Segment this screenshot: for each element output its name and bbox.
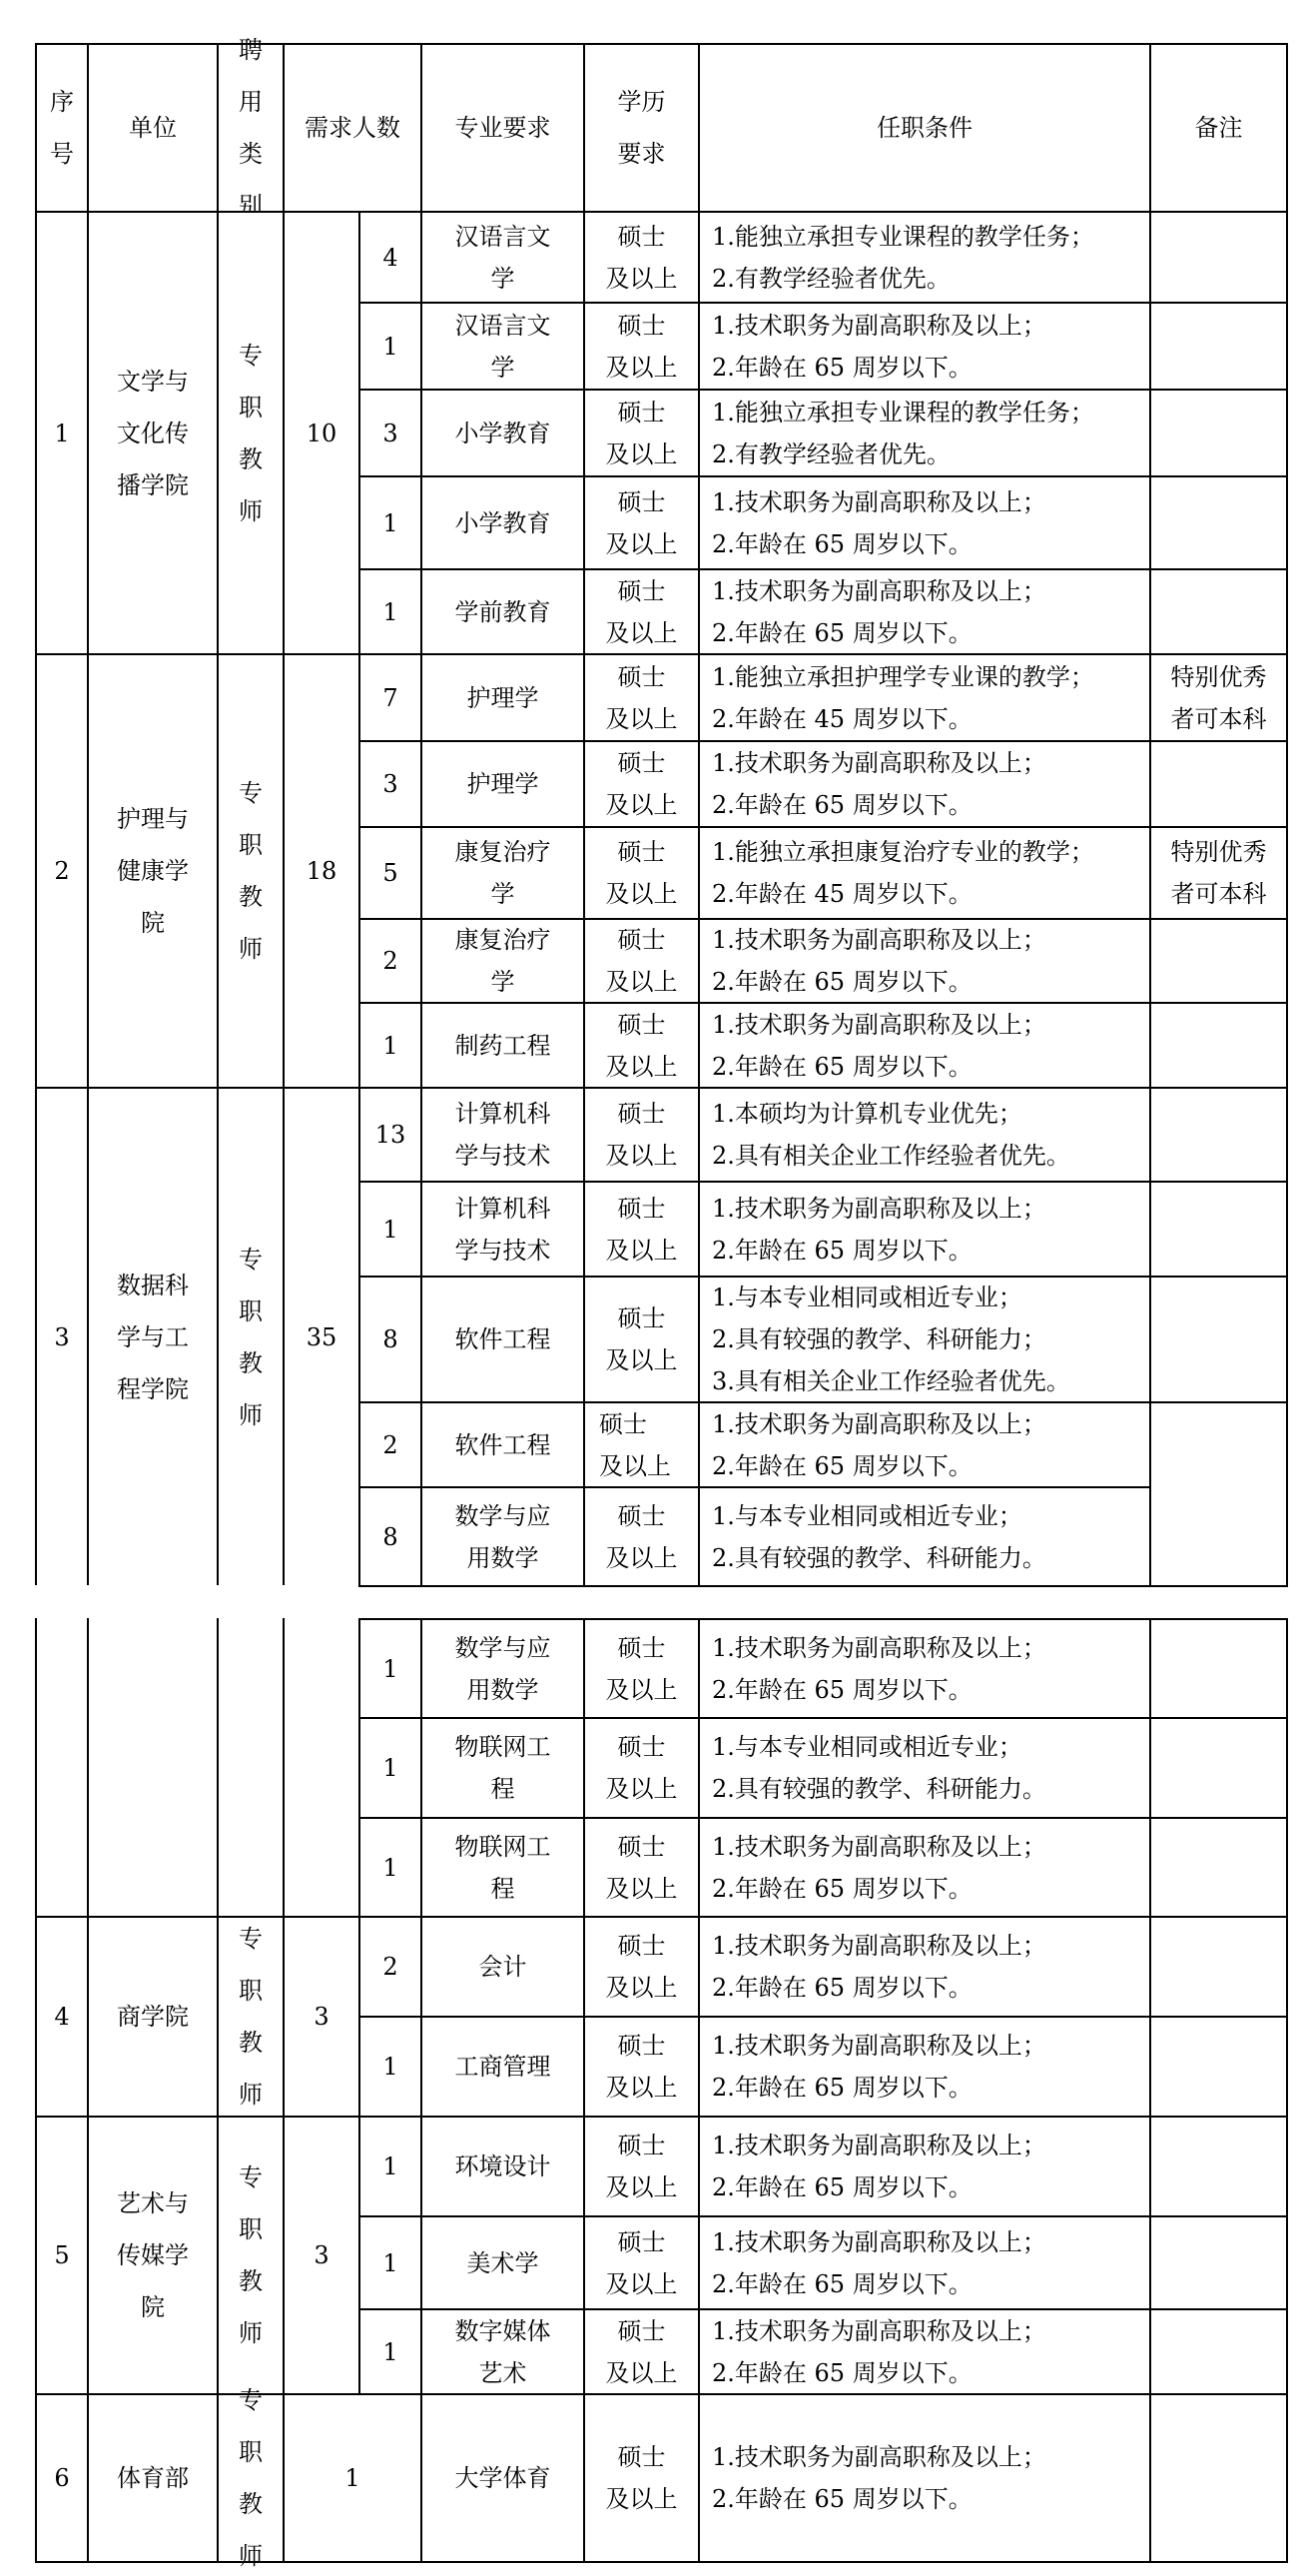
- row-count: 1: [358, 475, 422, 570]
- major-value: 汉语言文学: [447, 305, 557, 389]
- count-value: 2: [382, 1946, 397, 1988]
- header-count-label: 需求人数: [305, 107, 400, 149]
- row-major: 数学与应用数学: [420, 1486, 585, 1587]
- total-value: 3: [314, 2234, 328, 2276]
- total-value: 10: [307, 413, 337, 454]
- group-unit: 护理与健康学院: [87, 653, 219, 1089]
- count-value: 1: [382, 591, 397, 633]
- cond-value: 1.与本专业相同或相近专业； 2.具有较强的教学、科研能力。: [712, 1726, 1046, 1810]
- row-cond: 1.与本专业相同或相近专业； 2.具有较强的教学、科研能力。: [698, 1717, 1151, 1819]
- row-edu: 硕士 及以上: [583, 2016, 700, 2118]
- row-edu: 硕士 及以上: [583, 740, 700, 828]
- row-cond: 1.技术职务为副高职称及以上； 2.年龄在 65 周岁以下。: [698, 918, 1151, 1004]
- total-value: 3: [314, 1996, 328, 2038]
- major-value: 护理学: [447, 763, 557, 805]
- seq-value: 3: [54, 1316, 69, 1358]
- row-major: 计算机科学与技术: [420, 1087, 585, 1183]
- group-seq-continued: [35, 1618, 89, 1918]
- group-unit: 艺术与传媒学院: [87, 2116, 219, 2395]
- type-value: 专职教师: [238, 2151, 264, 2359]
- row-cond: 1.技术职务为副高职称及以上； 2.年龄在 65 周岁以下。: [698, 568, 1151, 655]
- group-type: 专职教师: [217, 211, 285, 655]
- row-cond: 1.能独立承担康复治疗专业的教学； 2.年龄在 45 周岁以下。: [698, 826, 1151, 920]
- cond-value: 1.能独立承担护理学专业课的教学； 2.年龄在 45 周岁以下。: [712, 656, 1094, 740]
- major-value: 康复治疗学: [447, 831, 557, 915]
- row-note: [1149, 2016, 1288, 2118]
- row-count: 1: [358, 1002, 422, 1089]
- row-count: 3: [358, 389, 422, 477]
- row-cond: 1.能独立承担专业课程的教学任务； 2.有教学经验者优先。: [698, 211, 1151, 304]
- cond-value: 1.能独立承担康复治疗专业的教学； 2.年龄在 45 周岁以下。: [712, 831, 1094, 915]
- row-cond: 1.技术职务为副高职称及以上； 2.年龄在 65 周岁以下。: [698, 2393, 1151, 2563]
- row-count: 2: [358, 1401, 422, 1488]
- row-edu: 硕士 及以上: [583, 1276, 700, 1403]
- unit-value: 护理与健康学院: [116, 793, 190, 949]
- cond-value: 1.技术职务为副高职称及以上； 2.年龄在 65 周岁以下。: [712, 919, 1046, 1003]
- cond-value: 1.技术职务为副高职称及以上； 2.年龄在 65 周岁以下。: [712, 2310, 1046, 2394]
- edu-value: 硕士 及以上: [606, 742, 678, 826]
- row-count: 8: [358, 1276, 422, 1403]
- major-value: 小学教育: [447, 502, 557, 544]
- header-cond: 任职条件: [698, 43, 1151, 213]
- group-type: 专职教师: [217, 1916, 285, 2118]
- row-count: 2: [358, 1916, 422, 2018]
- row-edu: 硕士 及以上: [583, 302, 700, 391]
- row-major: 汉语言文学: [420, 211, 585, 304]
- edu-value: 硕士 及以上: [606, 2310, 678, 2394]
- group-seq: 1: [35, 211, 89, 655]
- row-note: [1149, 740, 1288, 828]
- row-cond: 1.技术职务为副高职称及以上； 2.年龄在 65 周岁以下。: [698, 475, 1151, 570]
- row-major: 护理学: [420, 653, 585, 742]
- row-note: [1149, 2215, 1288, 2310]
- cond-value: 1.与本专业相同或相近专业； 2.具有较强的教学、科研能力； 3.具有相关企业工…: [712, 1277, 1070, 1402]
- edu-value: 硕士 及以上: [606, 1004, 678, 1088]
- edu-value: 硕士 及以上: [606, 1297, 678, 1381]
- unit-value: 商学院: [116, 1991, 190, 2043]
- edu-value: 硕士 及以上: [606, 919, 678, 1003]
- row-note: 特别优秀者可本科: [1149, 826, 1288, 920]
- edu-value: 硕士 及以上: [606, 392, 678, 475]
- group-type: 专职教师: [217, 1087, 285, 1585]
- row-note: [1149, 2116, 1288, 2217]
- row-count: 1: [283, 2393, 422, 2563]
- count-value: 4: [382, 237, 397, 279]
- row-count: 1: [358, 2308, 422, 2395]
- row-note: [1149, 1618, 1288, 1719]
- edu-value: 硕士 及以上: [599, 1403, 671, 1487]
- count-value: 7: [382, 677, 397, 719]
- row-count: 1: [358, 568, 422, 655]
- count-value: 2: [382, 940, 397, 982]
- unit-value: 文学与文化传播学院: [116, 356, 190, 511]
- row-count: 1: [358, 1817, 422, 1918]
- row-note: [1149, 211, 1288, 304]
- major-value: 小学教育: [447, 413, 557, 454]
- row-edu: 硕士 及以上: [583, 389, 700, 477]
- row-major: 数学与应用数学: [420, 1618, 585, 1719]
- major-value: 大学体育: [447, 2457, 557, 2499]
- row-edu: 硕士 及以上: [583, 2215, 700, 2310]
- header-major: 专业要求: [420, 43, 585, 213]
- group-unit: 数据科学与工程学院: [87, 1087, 219, 1585]
- total-value: 35: [307, 1316, 337, 1358]
- row-cond: 1.技术职务为副高职称及以上； 2.年龄在 65 周岁以下。: [698, 740, 1151, 828]
- major-value: 计算机科学与技术: [447, 1093, 557, 1177]
- row-edu: 硕士 及以上: [583, 475, 700, 570]
- row-major: 软件工程: [420, 1401, 585, 1488]
- count-value: 5: [382, 852, 397, 894]
- group-type: 专职教师: [217, 2393, 285, 2563]
- note-value: 特别优秀者可本科: [1163, 831, 1273, 915]
- group-total: 10: [283, 211, 360, 655]
- row-cond: 1.技术职务为副高职称及以上； 2.年龄在 65 周岁以下。: [698, 2116, 1151, 2217]
- row-edu: 硕士 及以上: [583, 1817, 700, 1918]
- type-value: 专职教师: [238, 767, 264, 975]
- type-value: 专职教师: [238, 1913, 264, 2121]
- header-unit-label: 单位: [129, 107, 177, 149]
- row-edu: 硕士 及以上: [583, 2116, 700, 2217]
- row-cond: 1.技术职务为副高职称及以上； 2.年龄在 65 周岁以下。: [698, 2016, 1151, 2118]
- row-edu: 硕士 及以上: [583, 1618, 700, 1719]
- major-value: 美术学: [447, 2242, 557, 2284]
- row-major: 软件工程: [420, 1276, 585, 1403]
- unit-value: 体育部: [116, 2452, 190, 2504]
- seq-value: 2: [54, 850, 69, 892]
- major-value: 工商管理: [447, 2046, 557, 2088]
- cond-value: 1.技术职务为副高职称及以上； 2.年龄在 65 周岁以下。: [712, 481, 1046, 565]
- row-count: 1: [358, 2016, 422, 2118]
- type-value: 专职教师: [238, 330, 264, 537]
- major-value: 软件工程: [447, 1424, 557, 1466]
- row-major: 汉语言文学: [420, 302, 585, 391]
- edu-value: 硕士 及以上: [606, 831, 678, 915]
- row-edu: 硕士 及以上: [583, 1916, 700, 2018]
- count-value: 1: [382, 502, 397, 544]
- cond-value: 1.能独立承担专业课程的教学任务； 2.有教学经验者优先。: [712, 392, 1094, 475]
- row-count: 1: [358, 2215, 422, 2310]
- major-value: 制药工程: [447, 1025, 557, 1067]
- row-note: [1149, 1916, 1288, 2018]
- group-unit: 体育部: [87, 2393, 219, 2563]
- count-value: 1: [382, 2331, 397, 2373]
- major-value: 物联网工程: [447, 1826, 557, 1910]
- group-seq: 4: [35, 1916, 89, 2118]
- row-count: 13: [358, 1087, 422, 1183]
- row-count: 1: [358, 302, 422, 391]
- row-note: [1149, 389, 1288, 477]
- group-total: 3: [283, 1916, 360, 2118]
- edu-value: 硕士 及以上: [606, 1495, 678, 1579]
- edu-value: 硕士 及以上: [606, 1627, 678, 1711]
- cond-value: 1.技术职务为副高职称及以上； 2.年龄在 65 周岁以下。: [712, 1403, 1046, 1487]
- cond-value: 1.技术职务为副高职称及以上； 2.年龄在 65 周岁以下。: [712, 2025, 1046, 2109]
- cond-value: 1.技术职务为副高职称及以上； 2.年龄在 65 周岁以下。: [712, 742, 1046, 826]
- row-major: 物联网工程: [420, 1817, 585, 1918]
- count-value: 1: [382, 2146, 397, 2187]
- seq-value: 5: [54, 2234, 69, 2276]
- cond-value: 1.技术职务为副高职称及以上； 2.年龄在 65 周岁以下。: [712, 305, 1046, 389]
- edu-value: 硕士 及以上: [606, 1925, 678, 2009]
- count-value: 1: [382, 2242, 397, 2284]
- row-note: [1149, 1717, 1288, 1819]
- group-unit-continued: [87, 1618, 219, 1918]
- edu-value: 硕士 及以上: [606, 1188, 678, 1272]
- row-edu: 硕士 及以上: [583, 211, 700, 304]
- major-value: 护理学: [447, 677, 557, 719]
- row-major: 计算机科学与技术: [420, 1181, 585, 1278]
- row-major: 美术学: [420, 2215, 585, 2310]
- major-value: 数学与应用数学: [447, 1495, 557, 1579]
- count-value: 13: [375, 1114, 406, 1156]
- major-value: 学前教育: [447, 591, 557, 633]
- group-total-continued: [283, 1618, 360, 1918]
- note-value: 特别优秀者可本科: [1163, 656, 1273, 740]
- header-type-label: 聘用类别: [238, 24, 264, 232]
- row-major: 物联网工程: [420, 1717, 585, 1819]
- edu-value: 硕士 及以上: [606, 2025, 678, 2109]
- row-major: 小学教育: [420, 389, 585, 477]
- row-edu: 硕士 及以上: [583, 1087, 700, 1183]
- group-seq: 2: [35, 653, 89, 1089]
- unit-value: 数据科学与工程学院: [116, 1260, 190, 1415]
- row-note: [1149, 2393, 1288, 2563]
- type-value: 专职教师: [238, 1234, 264, 1441]
- row-major: 会计: [420, 1916, 585, 2018]
- row-note: [1149, 918, 1288, 1004]
- header-cond-label: 任职条件: [877, 107, 973, 149]
- edu-value: 硕士 及以上: [606, 216, 678, 300]
- row-major: 小学教育: [420, 475, 585, 570]
- header-type: 聘用类别: [217, 43, 285, 213]
- row-note: [1149, 1002, 1288, 1089]
- header-count: 需求人数: [283, 43, 422, 213]
- total-value: 18: [307, 850, 337, 892]
- major-value: 环境设计: [447, 2146, 557, 2187]
- count-value: 1: [382, 1747, 397, 1789]
- row-cond: 1.能独立承担护理学专业课的教学； 2.年龄在 45 周岁以下。: [698, 653, 1151, 742]
- row-count: 2: [358, 918, 422, 1004]
- row-cond: 1.技术职务为副高职称及以上； 2.年龄在 65 周岁以下。: [698, 1916, 1151, 2018]
- group-seq: 5: [35, 2116, 89, 2395]
- count-value: 1: [382, 326, 397, 368]
- count-value: 1: [382, 1847, 397, 1889]
- group-total: 35: [283, 1087, 360, 1585]
- group-seq: 6: [35, 2393, 89, 2563]
- row-note: [1149, 1087, 1288, 1183]
- cond-value: 1.能独立承担专业课程的教学任务； 2.有教学经验者优先。: [712, 216, 1094, 300]
- cond-value: 1.技术职务为副高职称及以上； 2.年龄在 65 周岁以下。: [712, 1188, 1046, 1272]
- row-edu: 硕士 及以上: [583, 826, 700, 920]
- row-note: 特别优秀者可本科: [1149, 653, 1288, 742]
- unit-value: 艺术与传媒学院: [116, 2177, 190, 2333]
- row-cond: 1.与本专业相同或相近专业； 2.具有较强的教学、科研能力； 3.具有相关企业工…: [698, 1276, 1151, 1403]
- edu-value: 硕士 及以上: [606, 2221, 678, 2305]
- type-value: 专职教师: [238, 2374, 264, 2576]
- row-note: [1149, 1817, 1288, 1918]
- major-value: 汉语言文学: [447, 216, 557, 300]
- row-cond: 1.技术职务为副高职称及以上； 2.年龄在 65 周岁以下。: [698, 2215, 1151, 2310]
- edu-value: 硕士 及以上: [606, 570, 678, 654]
- major-value: 软件工程: [447, 1318, 557, 1360]
- row-count: 1: [358, 1181, 422, 1278]
- row-count: 8: [358, 1486, 422, 1587]
- row-edu: 硕士 及以上: [583, 1002, 700, 1089]
- row-major: 学前教育: [420, 568, 585, 655]
- row-major: 制药工程: [420, 1002, 585, 1089]
- edu-value: 硕士 及以上: [606, 1093, 678, 1177]
- row-cond: 1.本硕均为计算机专业优先； 2.具有相关企业工作经验者优先。: [698, 1087, 1151, 1183]
- group-unit: 文学与文化传播学院: [87, 211, 219, 655]
- row-edu: 硕士 及以上: [583, 568, 700, 655]
- row-cond: 1.与本专业相同或相近专业； 2.具有较强的教学、科研能力。: [698, 1486, 1151, 1587]
- major-value: 康复治疗学: [447, 919, 557, 1003]
- row-major: 康复治疗学: [420, 826, 585, 920]
- count-value: 2: [382, 1424, 397, 1466]
- row-cond: 1.技术职务为副高职称及以上； 2.年龄在 65 周岁以下。: [698, 1817, 1151, 1918]
- edu-value: 硕士 及以上: [606, 305, 678, 389]
- edu-value: 硕士 及以上: [606, 481, 678, 565]
- cond-value: 1.技术职务为副高职称及以上； 2.年龄在 65 周岁以下。: [712, 1826, 1046, 1910]
- cond-value: 1.技术职务为副高职称及以上； 2.年龄在 65 周岁以下。: [712, 2125, 1046, 2208]
- group-total: 3: [283, 2116, 360, 2395]
- row-edu: 硕士 及以上: [583, 2308, 700, 2395]
- header-seq: 序号: [35, 43, 89, 213]
- cond-value: 1.本硕均为计算机专业优先； 2.具有相关企业工作经验者优先。: [712, 1093, 1070, 1177]
- group-type: 专职教师: [217, 653, 285, 1089]
- row-edu: 硕士 及以上: [583, 1486, 700, 1587]
- row-cond: 1.能独立承担专业课程的教学任务； 2.有教学经验者优先。: [698, 389, 1151, 477]
- row-edu: 硕士 及以上: [583, 918, 700, 1004]
- row-edu: 硕士 及以上: [583, 2393, 700, 2563]
- row-edu: 硕士 及以上: [583, 1717, 700, 1819]
- count-value: 1: [382, 1648, 397, 1690]
- row-count: 3: [358, 740, 422, 828]
- header-note: 备注: [1149, 43, 1288, 213]
- row-major: 环境设计: [420, 2116, 585, 2217]
- major-value: 物联网工程: [447, 1726, 557, 1810]
- row-count: 1: [358, 1717, 422, 1819]
- seq-value: 6: [54, 2457, 69, 2499]
- edu-value: 硕士 及以上: [606, 656, 678, 740]
- seq-value: 1: [54, 413, 69, 454]
- cond-value: 1.技术职务为副高职称及以上； 2.年龄在 65 周岁以下。: [712, 2436, 1046, 2520]
- row-note-merged: [1149, 1401, 1288, 1587]
- row-count: 5: [358, 826, 422, 920]
- edu-value: 硕士 及以上: [606, 1726, 678, 1810]
- seq-value: 4: [54, 1996, 69, 2038]
- row-major: 大学体育: [420, 2393, 585, 2563]
- edu-value: 硕士 及以上: [606, 2436, 678, 2520]
- row-note: [1149, 1276, 1288, 1403]
- row-note: [1149, 2308, 1288, 2395]
- row-count: 4: [358, 211, 422, 304]
- row-count: 1: [358, 1618, 422, 1719]
- row-note: [1149, 1181, 1288, 1278]
- row-major: 数字媒体艺术: [420, 2308, 585, 2395]
- count-value: 1: [382, 2046, 397, 2088]
- row-major: 康复治疗学: [420, 918, 585, 1004]
- cond-value: 1.技术职务为副高职称及以上； 2.年龄在 65 周岁以下。: [712, 2221, 1046, 2305]
- cond-value: 1.技术职务为副高职称及以上； 2.年龄在 65 周岁以下。: [712, 570, 1046, 654]
- cond-value: 1.技术职务为副高职称及以上； 2.年龄在 65 周岁以下。: [712, 1925, 1046, 2009]
- row-cond: 1.技术职务为副高职称及以上； 2.年龄在 65 周岁以下。: [698, 1618, 1151, 1719]
- row-note: [1149, 475, 1288, 570]
- count-value: 1: [382, 1025, 397, 1067]
- count-value: 3: [382, 763, 397, 805]
- cond-value: 1.技术职务为副高职称及以上； 2.年龄在 65 周岁以下。: [712, 1004, 1046, 1088]
- group-total: 18: [283, 653, 360, 1089]
- cond-value: 1.技术职务为副高职称及以上； 2.年龄在 65 周岁以下。: [712, 1627, 1046, 1711]
- edu-value: 硕士 及以上: [606, 2125, 678, 2208]
- cond-value: 1.与本专业相同或相近专业； 2.具有较强的教学、科研能力。: [712, 1495, 1046, 1579]
- header-note-label: 备注: [1195, 107, 1243, 149]
- row-note: [1149, 302, 1288, 391]
- group-seq: 3: [35, 1087, 89, 1585]
- row-count: 7: [358, 653, 422, 742]
- count-value: 8: [382, 1516, 397, 1558]
- major-value: 数字媒体艺术: [447, 2310, 557, 2394]
- row-cond: 1.技术职务为副高职称及以上； 2.年龄在 65 周岁以下。: [698, 1181, 1151, 1278]
- row-cond: 1.技术职务为副高职称及以上； 2.年龄在 65 周岁以下。: [698, 2308, 1151, 2395]
- header-edu-label: 学历要求: [616, 76, 666, 180]
- row-major: 工商管理: [420, 2016, 585, 2118]
- major-value: 计算机科学与技术: [447, 1188, 557, 1272]
- row-major: 护理学: [420, 740, 585, 828]
- row-cond: 1.技术职务为副高职称及以上； 2.年龄在 65 周岁以下。: [698, 302, 1151, 391]
- row-edu: 硕士 及以上: [583, 653, 700, 742]
- group-unit: 商学院: [87, 1916, 219, 2118]
- count-value: 1: [344, 2457, 359, 2499]
- row-count: 1: [358, 2116, 422, 2217]
- count-value: 3: [382, 413, 397, 454]
- group-type: 专职教师: [217, 2116, 285, 2395]
- row-cond: 1.技术职务为副高职称及以上； 2.年龄在 65 周岁以下。: [698, 1401, 1151, 1488]
- row-edu: 硕士 及以上: [583, 1401, 700, 1488]
- count-value: 8: [382, 1318, 397, 1360]
- header-seq-label: 序号: [49, 76, 75, 180]
- row-cond: 1.技术职务为副高职称及以上； 2.年龄在 65 周岁以下。: [698, 1002, 1151, 1089]
- group-type-continued: [217, 1618, 285, 1918]
- edu-value: 硕士 及以上: [606, 1826, 678, 1910]
- header-unit: 单位: [87, 43, 219, 213]
- row-edu: 硕士 及以上: [583, 1181, 700, 1278]
- row-note: [1149, 568, 1288, 655]
- major-value: 会计: [447, 1946, 557, 1988]
- count-value: 1: [382, 1209, 397, 1251]
- header-edu: 学历要求: [583, 43, 700, 213]
- major-value: 数学与应用数学: [447, 1627, 557, 1711]
- header-major-label: 专业要求: [455, 107, 551, 149]
